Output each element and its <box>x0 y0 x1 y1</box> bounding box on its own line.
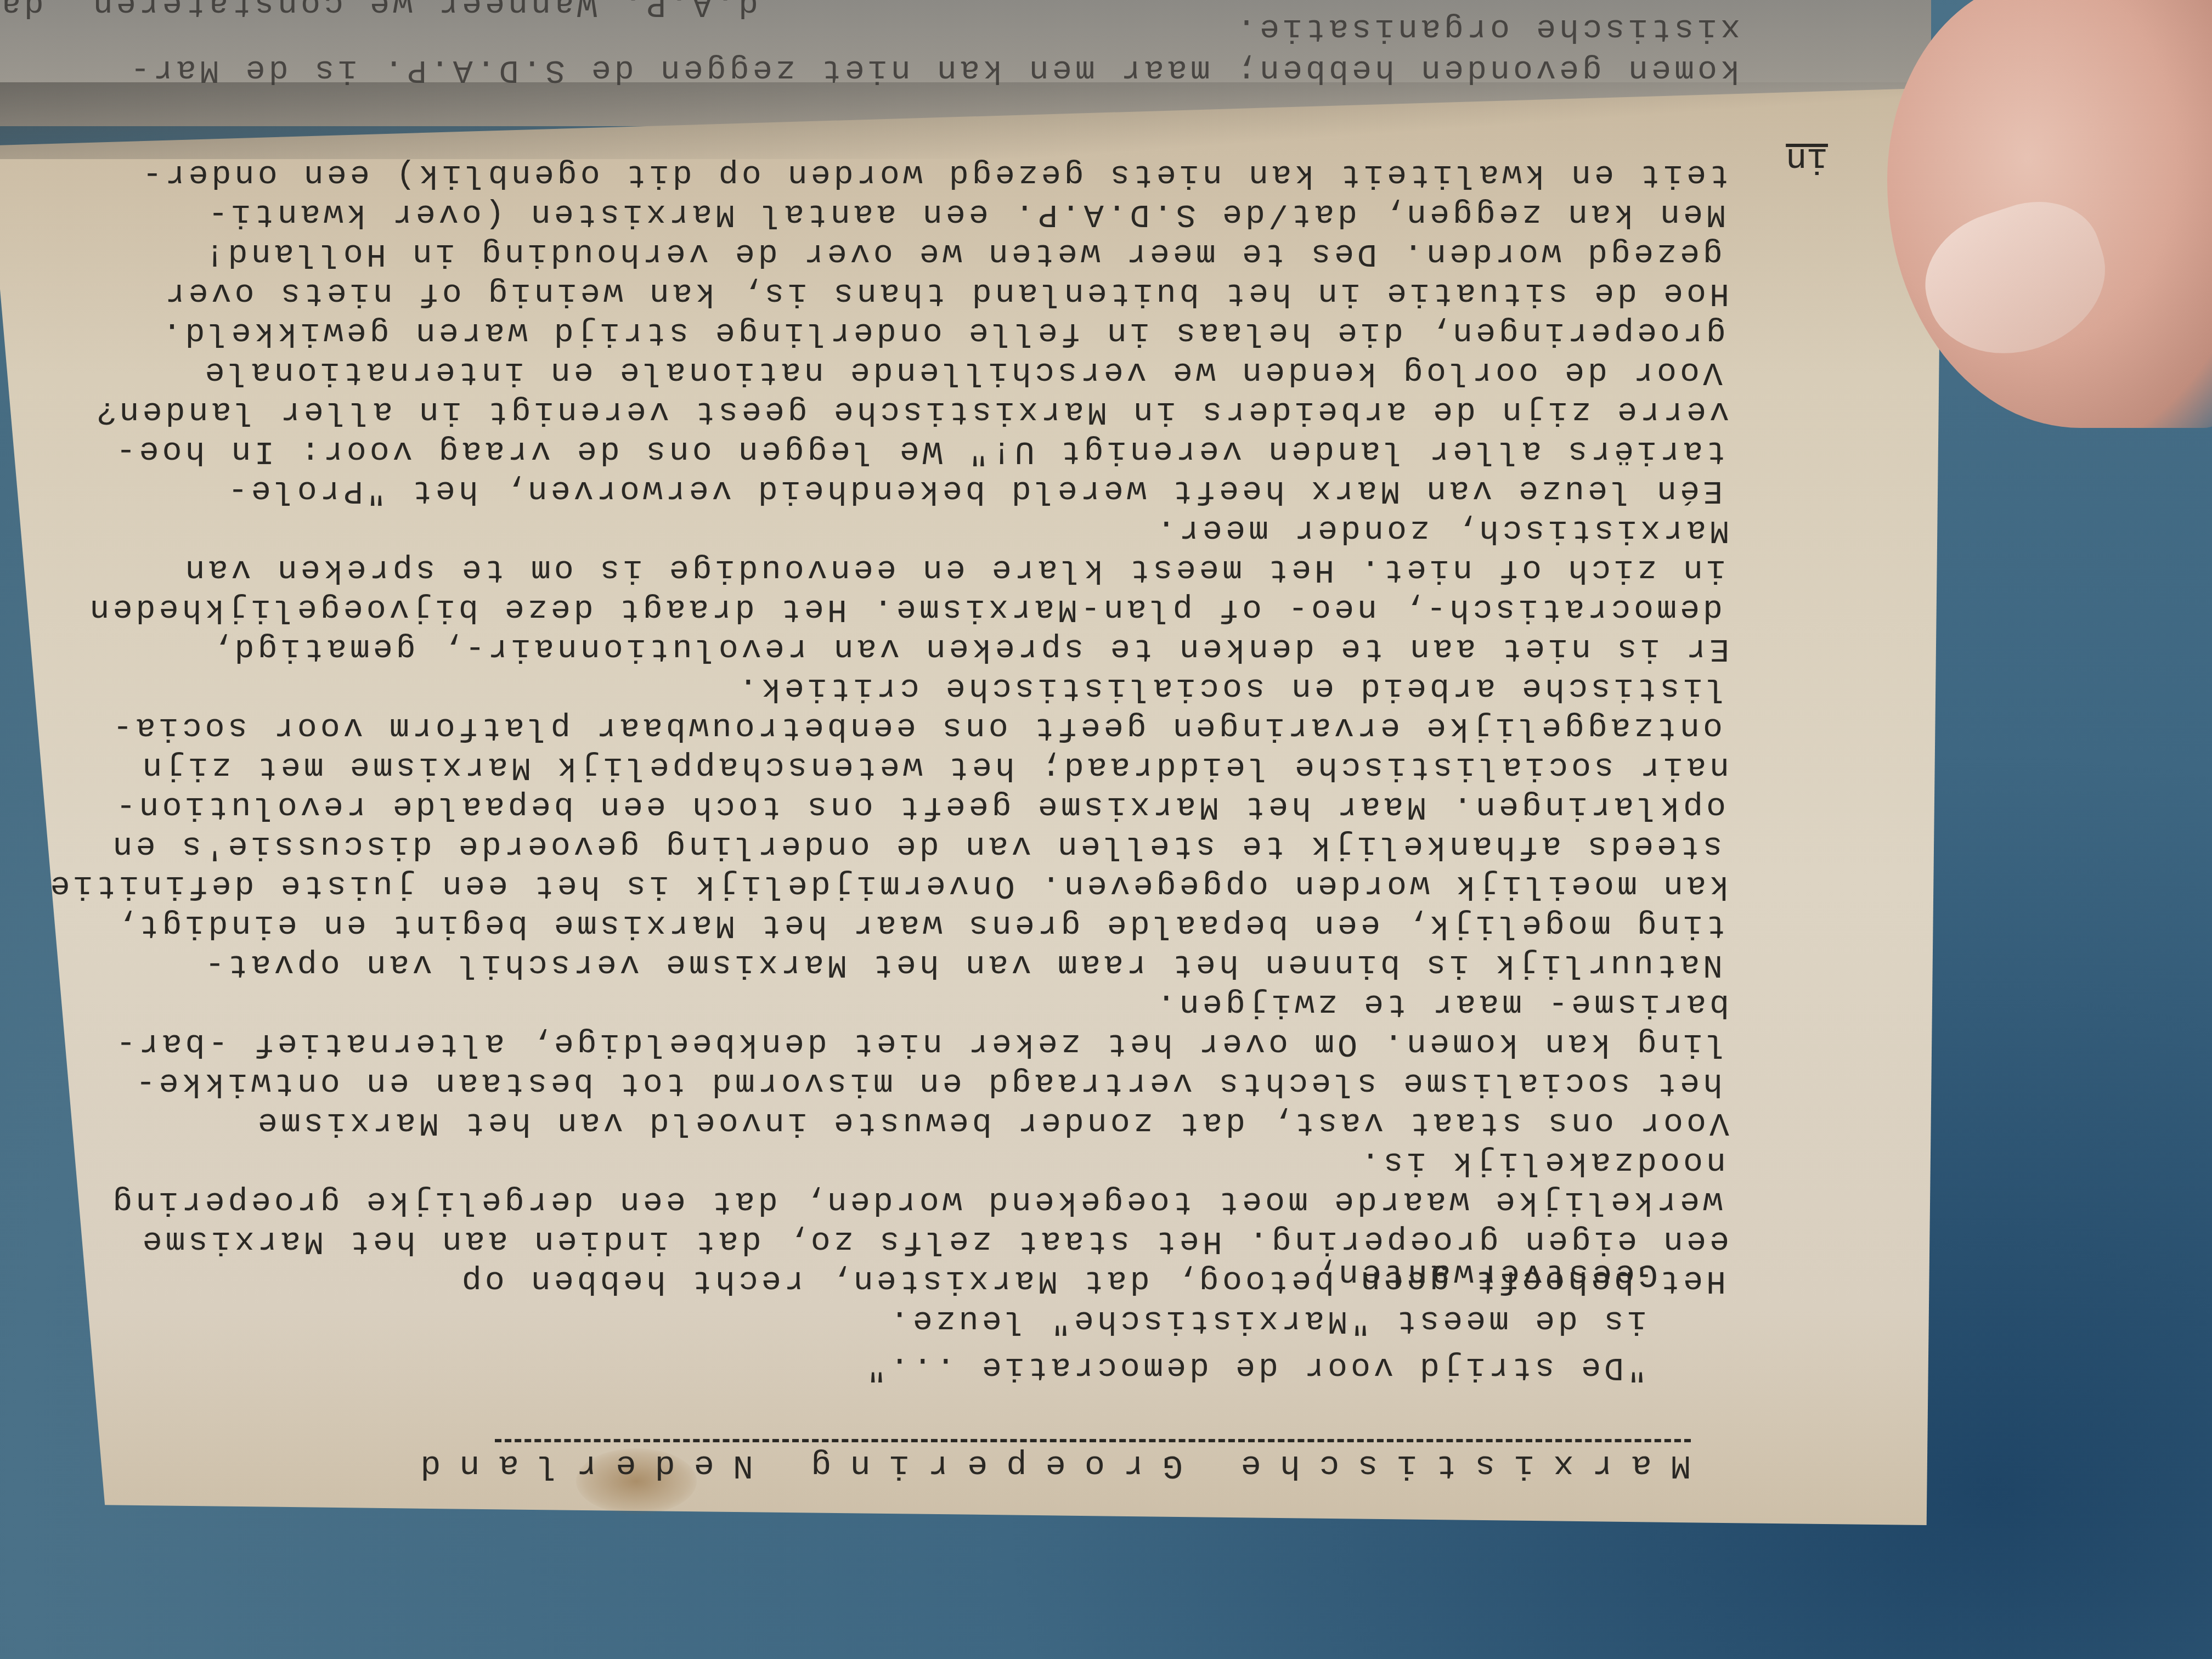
typewritten-letter-sheet <box>0 88 1942 1525</box>
fold-shadow <box>0 82 1931 159</box>
paper-stain <box>576 1448 697 1514</box>
